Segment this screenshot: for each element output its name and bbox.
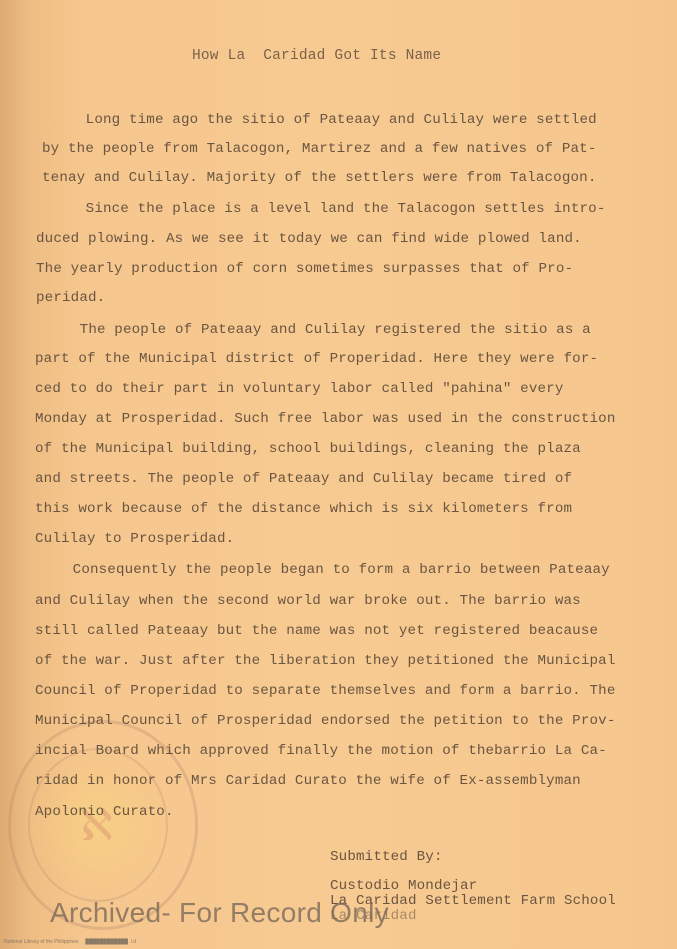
text-line: and Culilay when the second world war br… xyxy=(35,593,581,609)
document-title: How La Caridad Got Its Name xyxy=(192,48,441,64)
text-line: tenay and Culilay. Majority of the settl… xyxy=(42,170,597,186)
text-line: Monday at Prosperidad. Such free labor w… xyxy=(35,411,615,427)
text-line: The people of Pateaay and Culilay regist… xyxy=(45,322,591,338)
library-footer: National Library of the Philippines ████… xyxy=(4,939,136,945)
text-line: Apolonio Curato. xyxy=(35,804,174,820)
text-line: still called Pateaay but the name was no… xyxy=(35,623,598,639)
text-line: The yearly production of corn sometimes … xyxy=(36,261,573,277)
text-line: part of the Municipal district of Proper… xyxy=(35,351,598,367)
text-line: Council of Properidad to separate themse… xyxy=(35,683,615,699)
text-line: by the people from Talacogon, Martirez a… xyxy=(42,141,597,157)
text-line: Long time ago the sitio of Pateaay and C… xyxy=(51,112,597,128)
archive-watermark: Archived- For Record Only xyxy=(50,897,389,929)
text-line: this work because of the distance which … xyxy=(35,501,572,517)
text-line: Since the place is a level land the Tala… xyxy=(51,201,606,217)
text-line: ced to do their part in voluntary labor … xyxy=(35,381,564,397)
text-line: Municipal Council of Prosperidad endorse… xyxy=(35,713,615,729)
document-page: ℵ How La Caridad Got Its Name Long time … xyxy=(0,0,677,949)
submitted-by-label: Submitted By: xyxy=(330,849,443,865)
text-line: Culilay to Prosperidad. xyxy=(35,531,234,547)
author-name: Custodio Mondejar xyxy=(330,878,477,894)
text-line: of the Municipal building, school buildi… xyxy=(35,441,581,457)
text-line: of the war. Just after the liberation th… xyxy=(35,653,615,669)
text-line: incial Board which approved finally the … xyxy=(35,743,607,759)
text-line: duced plowing. As we see it today we can… xyxy=(36,231,582,247)
text-line: and streets. The people of Pateaay and C… xyxy=(35,471,572,487)
text-line: Consequently the people began to form a … xyxy=(38,562,610,578)
text-line: peridad. xyxy=(36,290,105,306)
text-line: ridad in honor of Mrs Caridad Curato the… xyxy=(35,773,581,789)
